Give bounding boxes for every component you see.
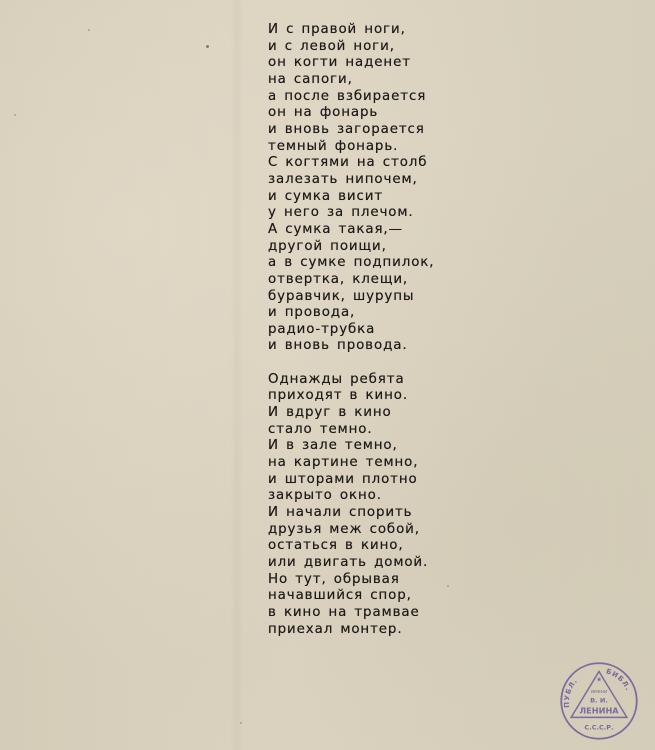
- stamp-arc-left: ПУБЛ.: [563, 677, 579, 708]
- scanned-page: И с правой ноги, и с левой ноги, он когт…: [0, 0, 655, 750]
- poem-line: и вновь загорается: [268, 122, 434, 139]
- poem-line: остаться в кино,: [268, 538, 434, 555]
- poem-line: И в зале темно,: [268, 438, 434, 455]
- poem-line: Но тут, обрывая: [268, 572, 434, 589]
- stamp-line-2: В. И.: [590, 697, 608, 705]
- poem-line: на сапоги,: [268, 72, 434, 89]
- stamp-line-1: имени: [591, 689, 607, 695]
- paper-speck: [88, 29, 90, 31]
- poem-line: темный фонарь.: [268, 139, 434, 156]
- poem-line: другой поищи,: [268, 239, 434, 256]
- paper-speck: [240, 722, 242, 724]
- svg-text:ПУБЛ.: ПУБЛ.: [563, 677, 579, 708]
- stamp-bottom: С.С.С.Р.: [584, 724, 613, 732]
- paper-speck: [14, 114, 16, 116]
- poem-line: отвертка, клещи,: [268, 272, 434, 289]
- poem-line: на картине темно,: [268, 455, 434, 472]
- stamp-line-3: ЛЕНИНА: [579, 705, 619, 715]
- stamp-star-icon: ★: [596, 675, 602, 683]
- poem-line: а в сумке подпилок,: [268, 255, 434, 272]
- paper-speck: [447, 585, 449, 587]
- poem-line: радио-трубка: [268, 322, 434, 339]
- stanza-2: Однажды ребята приходят в кино. И вдруг …: [268, 372, 434, 639]
- paper-speck: [206, 45, 209, 48]
- poem-line: или двигать домой.: [268, 555, 434, 572]
- poem-line: буравчик, шурупы: [268, 289, 434, 306]
- library-stamp: ★ ПУБЛ. БИБЛ. имени В. И. ЛЕНИНА С.С.С.Р…: [558, 660, 640, 742]
- page-fold-shadow: [230, 0, 244, 750]
- poem-line: залезать нипочем,: [268, 172, 434, 189]
- poem-line: Однажды ребята: [268, 372, 434, 389]
- poem-line: он на фонарь: [268, 105, 434, 122]
- poem-line: приехал монтер.: [268, 622, 434, 639]
- poem-text: И с правой ноги, и с левой ноги, он когт…: [268, 22, 434, 638]
- stanza-1: И с правой ноги, и с левой ноги, он когт…: [268, 22, 434, 355]
- poem-line: и провода,: [268, 305, 434, 322]
- poem-line: И с правой ноги,: [268, 22, 434, 39]
- poem-line: И начали спорить: [268, 505, 434, 522]
- poem-line: С когтями на столб: [268, 155, 434, 172]
- poem-line: начавшийся спор,: [268, 588, 434, 605]
- poem-line: и с левой ноги,: [268, 39, 434, 56]
- poem-line: закрыто окно.: [268, 488, 434, 505]
- poem-line: и сумка висит: [268, 189, 434, 206]
- poem-line: в кино на трамвае: [268, 605, 434, 622]
- poem-line: и вновь провода.: [268, 338, 434, 355]
- poem-line: а после взбирается: [268, 89, 434, 106]
- poem-line: А сумка такая,—: [268, 222, 434, 239]
- poem-line: И вдруг в кино: [268, 405, 434, 422]
- poem-line: друзья меж собой,: [268, 522, 434, 539]
- poem-line: и шторами плотно: [268, 472, 434, 489]
- poem-line: у него за плечом.: [268, 205, 434, 222]
- poem-line: стало темно.: [268, 422, 434, 439]
- poem-line: он когти наденет: [268, 55, 434, 72]
- poem-line: приходят в кино.: [268, 388, 434, 405]
